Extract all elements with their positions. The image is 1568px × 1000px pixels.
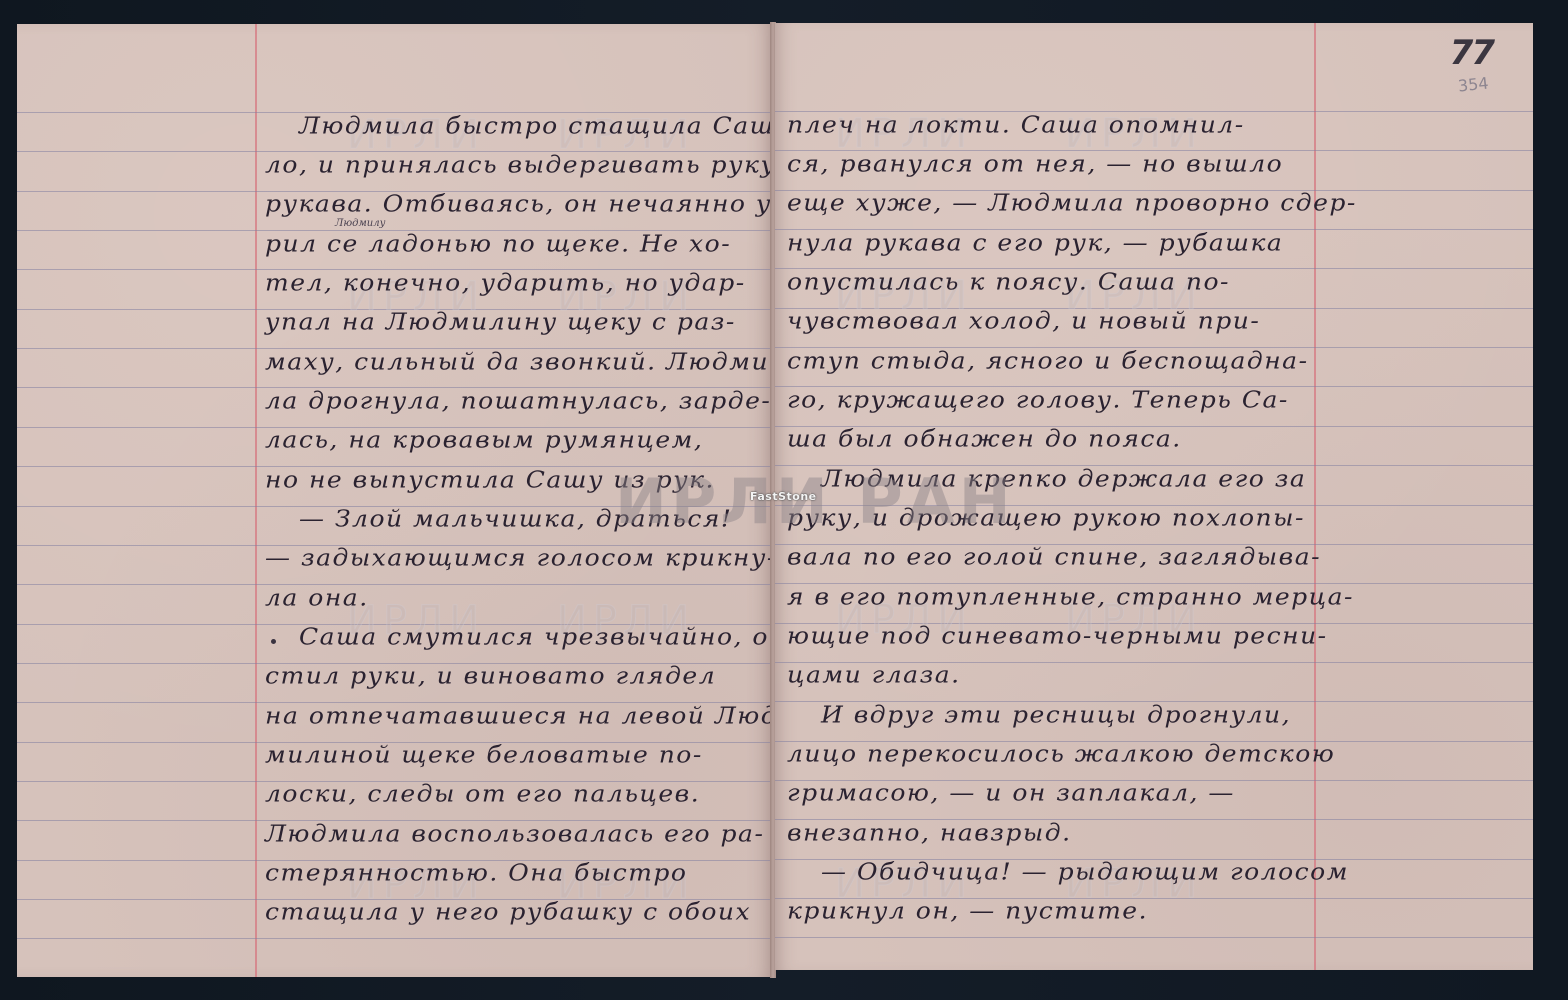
folio-number: 77 bbox=[1450, 33, 1493, 73]
handwritten-line: лицо перекосилось жалкою детскою bbox=[787, 740, 1335, 767]
handwritten-line: ющие под синевато-черными ресни- bbox=[787, 622, 1328, 649]
handwritten-line: рил се ладонью по щеке. Не хо- bbox=[265, 230, 731, 257]
ink-dot bbox=[271, 639, 276, 644]
left-margin-line bbox=[255, 24, 257, 977]
handwritten-line: ступ стыда, ясного и беспощадна- bbox=[787, 347, 1309, 374]
handwritten-line: гримасою, — и он заплакал, — bbox=[787, 779, 1235, 806]
handwritten-line: но не выпустила Сашу из рук. bbox=[265, 466, 715, 493]
handwritten-line: стерянностью. Она быстро bbox=[265, 859, 687, 886]
handwritten-line: нула рукава с его рук, — рубашка bbox=[787, 229, 1283, 256]
handwritten-line: ся, рванулся от нея, — но вышло bbox=[787, 150, 1283, 177]
handwritten-line: ла дрогнула, пошатнулась, зарде- bbox=[265, 387, 771, 414]
handwritten-line: — задыхающимся голосом крикну- bbox=[265, 544, 775, 571]
handwritten-line: И вдруг эти ресницы дрогнули, bbox=[787, 701, 1291, 728]
handwritten-line: Людмила воспользовалась его ра- bbox=[265, 820, 764, 847]
handwritten-line: вала по его голой спине, заглядыва- bbox=[787, 543, 1321, 570]
handwritten-line: еще хуже, — Людмила проворно сдер- bbox=[787, 189, 1357, 216]
handwritten-line: внезапно, навзрыд. bbox=[787, 819, 1072, 846]
left-page-text: Людмила быстро стащила Сашину ку- ло, и … bbox=[265, 24, 775, 977]
handwritten-line: маху, сильный да звонкий. Людми- bbox=[265, 348, 775, 375]
handwritten-line: я в его потупленные, странно мерца- bbox=[787, 583, 1354, 610]
handwritten-line: на отпечатавшиеся на левой Люд- bbox=[265, 702, 775, 729]
handwritten-line: упал на Людмилину щеку с раз- bbox=[265, 308, 736, 335]
handwritten-line: чувствовал холод, и новый при- bbox=[787, 307, 1260, 334]
right-page-text: плеч на локти. Саша опомнил- ся, рванулс… bbox=[787, 23, 1347, 970]
handwritten-line: крикнул он, — пустите. bbox=[787, 897, 1148, 924]
handwritten-line: тел, конечно, ударить, но удар- bbox=[265, 269, 746, 296]
handwritten-line: Людмила быстро стащила Сашину ку- bbox=[265, 112, 775, 139]
handwritten-line: ло, и принялась выдергивать руку из bbox=[265, 151, 775, 178]
handwritten-line: рукава. Отбиваясь, он нечаянно уда- bbox=[265, 190, 775, 217]
handwritten-line: плеч на локти. Саша опомнил- bbox=[787, 111, 1245, 138]
handwritten-line: ша был обнажен до пояса. bbox=[787, 425, 1182, 452]
handwritten-line: стащила у него рубашку с обоих bbox=[265, 898, 751, 925]
handwritten-line: руку, и дрожащею рукою похлопы- bbox=[787, 504, 1305, 531]
handwritten-line: го, кружащего голову. Теперь Са- bbox=[787, 386, 1289, 413]
handwritten-line: опустилась к поясу. Саша по- bbox=[787, 268, 1230, 295]
pencil-folio-number: 354 bbox=[1458, 73, 1490, 95]
handwritten-line: — Злой мальчишка, драться! bbox=[265, 505, 732, 532]
left-page: ИРЛИ ИРЛИ ИРЛИ ИРЛИ ИРЛИ ИРЛИ ИРЛИ ИРЛИ … bbox=[17, 24, 775, 977]
right-page: ИРЛИ ИРЛИ ИРЛИ ИРЛИ ИРЛИ ИРЛИ ИРЛИ ИРЛИ … bbox=[775, 23, 1533, 970]
handwritten-line: — Обидчица! — рыдающим голосом bbox=[787, 858, 1349, 885]
handwritten-line: стил руки, и виновато глядел bbox=[265, 662, 716, 689]
viewer-badge: FastStone bbox=[750, 490, 817, 503]
image-viewer-canvas: ИРЛИ ИРЛИ ИРЛИ ИРЛИ ИРЛИ ИРЛИ ИРЛИ ИРЛИ … bbox=[0, 0, 1568, 1000]
handwritten-line: цами глаза. bbox=[787, 661, 961, 688]
handwritten-line: Людмила крепко держала его за bbox=[787, 465, 1306, 492]
handwritten-line: лась, на кровавым румянцем, bbox=[265, 426, 703, 453]
handwritten-line: лоски, следы от его пальцев. bbox=[265, 780, 700, 807]
handwritten-line: Саша смутился чрезвычайно, опу- bbox=[265, 623, 775, 650]
handwritten-line: ла она. bbox=[265, 584, 369, 611]
handwritten-line: милиной щеке беловатые по- bbox=[265, 741, 703, 768]
